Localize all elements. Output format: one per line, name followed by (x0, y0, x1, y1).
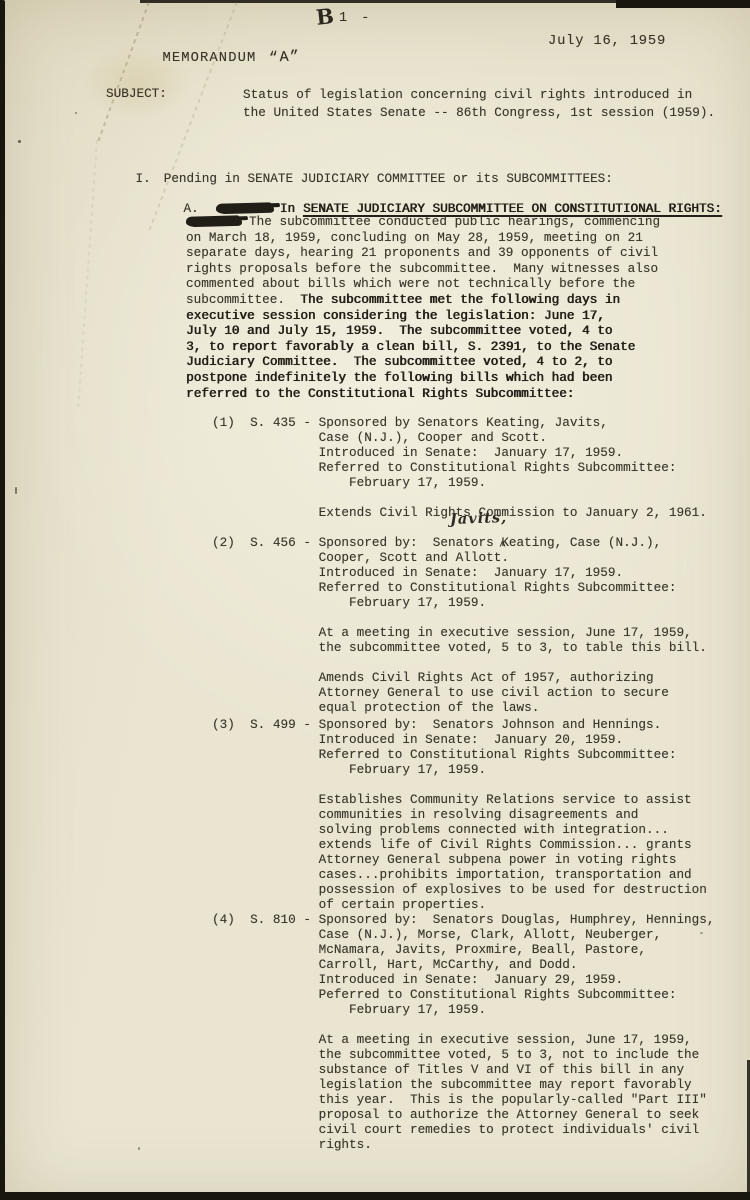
bill-item-s499: (3) S. 499 - Sponsored by: Senators John… (212, 717, 707, 912)
intro-paragraph: The subcommittee conducted public hearin… (186, 214, 696, 401)
subject-label: SUBJECT: (106, 86, 167, 101)
ink-redaction-scribble (216, 202, 273, 214)
paper-crease (77, 140, 98, 409)
paper-speck (138, 1147, 140, 1150)
bill-item-s456: (2) S. 456 - Sponsored by: Senators Keat… (212, 535, 707, 715)
section-i-numeral: I. (135, 171, 150, 186)
scan-edge-left (0, 0, 5, 1194)
memo-date: July 16, 1959 (548, 34, 666, 49)
subject-text: Status of legislation concerning civil r… (243, 86, 715, 121)
handwritten-insert-javits: Javits, (450, 509, 508, 528)
memo-scan-page: B 1 - MEMORANDUM“A” July 16, 1959 SUBJEC… (0, 0, 750, 1200)
page-number: 1 - (339, 11, 372, 26)
handwritten-page-letter: B (315, 3, 335, 30)
paper-speck (18, 140, 21, 143)
section-i-heading: Pending in SENATE JUDICIARY COMMITTEE or… (164, 171, 613, 186)
memo-header-line: MEMORANDUM“A” (125, 34, 301, 81)
scan-edge-bottom (0, 1192, 750, 1200)
paper-speck (75, 112, 77, 114)
page-title: MEMORANDUM (163, 51, 257, 66)
bill-item-s435: (1) S. 435 - Sponsored by Senators Keati… (212, 415, 707, 520)
bill-item-s810: (4) S. 810 - Sponsored by: Senators Doug… (212, 912, 715, 1152)
intro-text-emphasis: The subcommittee met the following days … (186, 292, 635, 401)
paper-speck (15, 487, 17, 494)
memo-letter-annotation: “A” (269, 48, 301, 67)
ink-redaction-scribble (186, 215, 241, 227)
insertion-caret-mark: ^ (499, 539, 506, 553)
scan-edge-top-right (616, 0, 750, 8)
